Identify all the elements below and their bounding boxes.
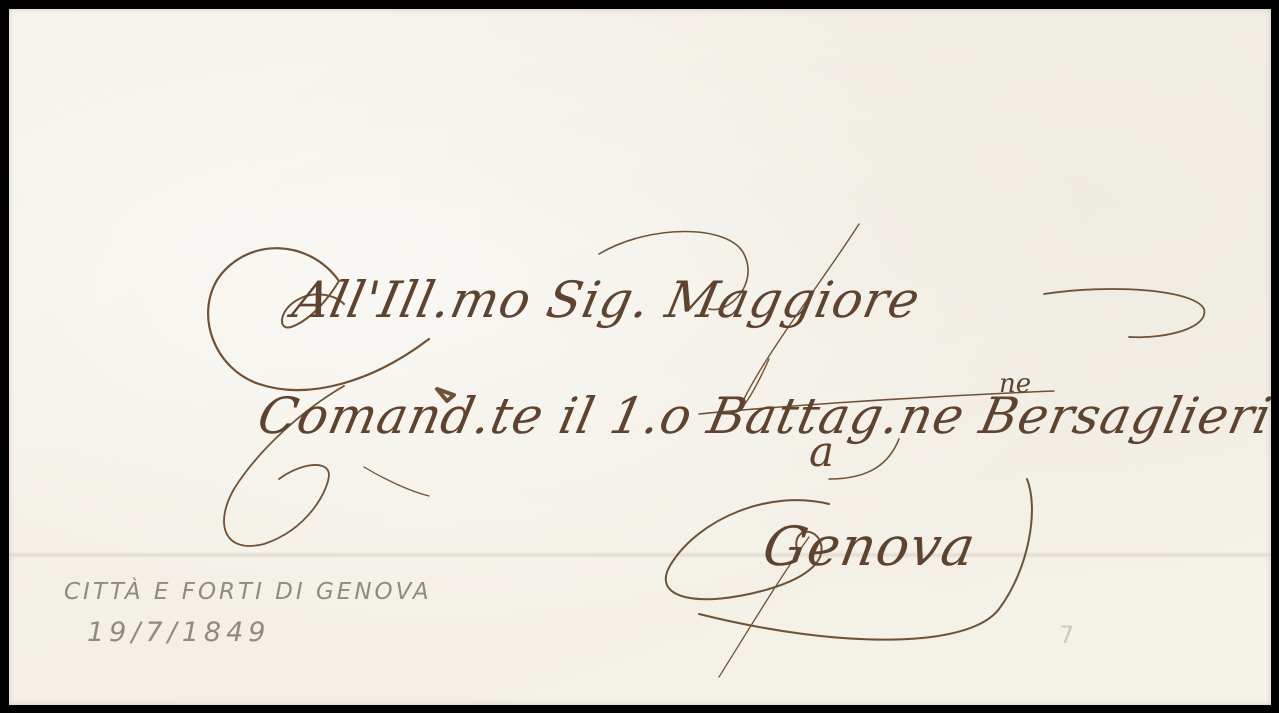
faint-pencil-mark: 7 — [1059, 621, 1074, 649]
pencil-notation-date: 19/7/1849 — [87, 617, 270, 648]
address-line-1: All'Ill.mo Sig. Maggiore — [288, 271, 926, 329]
pencil-notation-origin: CITTÀ E FORTI DI GENOVA — [64, 579, 432, 605]
flourish-comandte-underline — [364, 467, 429, 496]
address-line-2: Comand.te il 1.o Battag.ne Bersaglieri — [253, 387, 1277, 445]
flourish-maggiore-tail — [1044, 289, 1204, 337]
address-city: Genova — [758, 515, 980, 578]
address-superscript: ne — [999, 369, 1031, 399]
letter-paper: All'Ill.mo Sig. Maggiore Comand.te il 1.… — [9, 9, 1271, 705]
address-line-3: a — [809, 427, 835, 476]
flourish-a-loop — [829, 439, 899, 479]
